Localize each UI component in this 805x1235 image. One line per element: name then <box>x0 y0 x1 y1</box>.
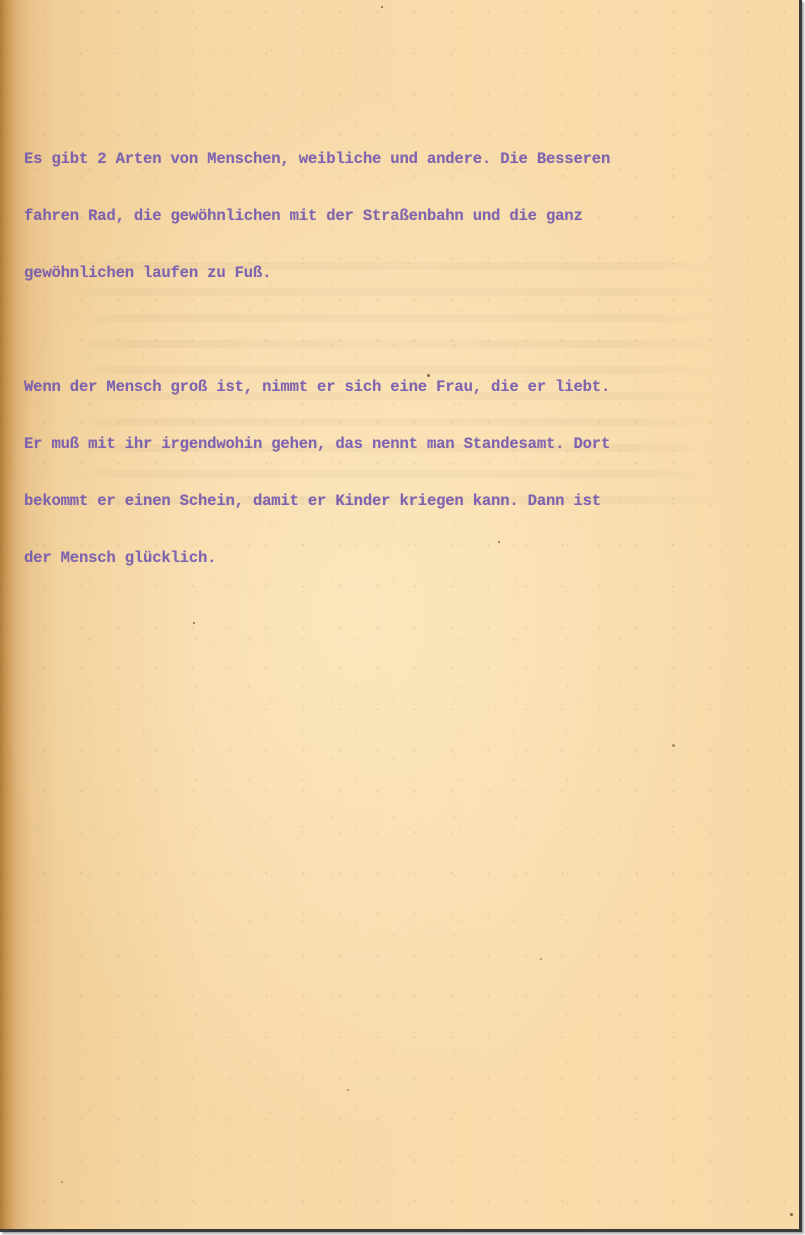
image-frame: Es gibt 2 Arten von Menschen, weibliche … <box>0 0 805 1235</box>
text-line: bekommt er einen Schein, damit er Kinder… <box>24 492 724 511</box>
paper-speck <box>672 744 675 747</box>
text-line: fahren Rad, die gewöhnlichen mit der Str… <box>24 207 724 226</box>
paragraph-2: Wenn der Mensch groß ist, nimmt er sich … <box>24 340 724 606</box>
text-line: Wenn der Mensch groß ist, nimmt er sich … <box>24 378 724 397</box>
text-line: Er muß mit ihr irgendwohin gehen, das ne… <box>24 435 724 454</box>
paper-speck <box>790 1213 793 1216</box>
typewritten-text: Es gibt 2 Arten von Menschen, weibliche … <box>24 112 724 625</box>
paper-page: Es gibt 2 Arten von Menschen, weibliche … <box>0 0 802 1232</box>
paragraph-1: Es gibt 2 Arten von Menschen, weibliche … <box>24 112 724 321</box>
text-line: der Mensch glücklich. <box>24 549 724 568</box>
paper-speck <box>381 6 383 8</box>
text-line: gewöhnlichen laufen zu Fuß. <box>24 264 724 283</box>
paper-speck <box>347 1089 349 1091</box>
paper-speck <box>61 1181 63 1183</box>
paper-speck <box>540 958 542 960</box>
text-line: Es gibt 2 Arten von Menschen, weibliche … <box>24 150 724 169</box>
